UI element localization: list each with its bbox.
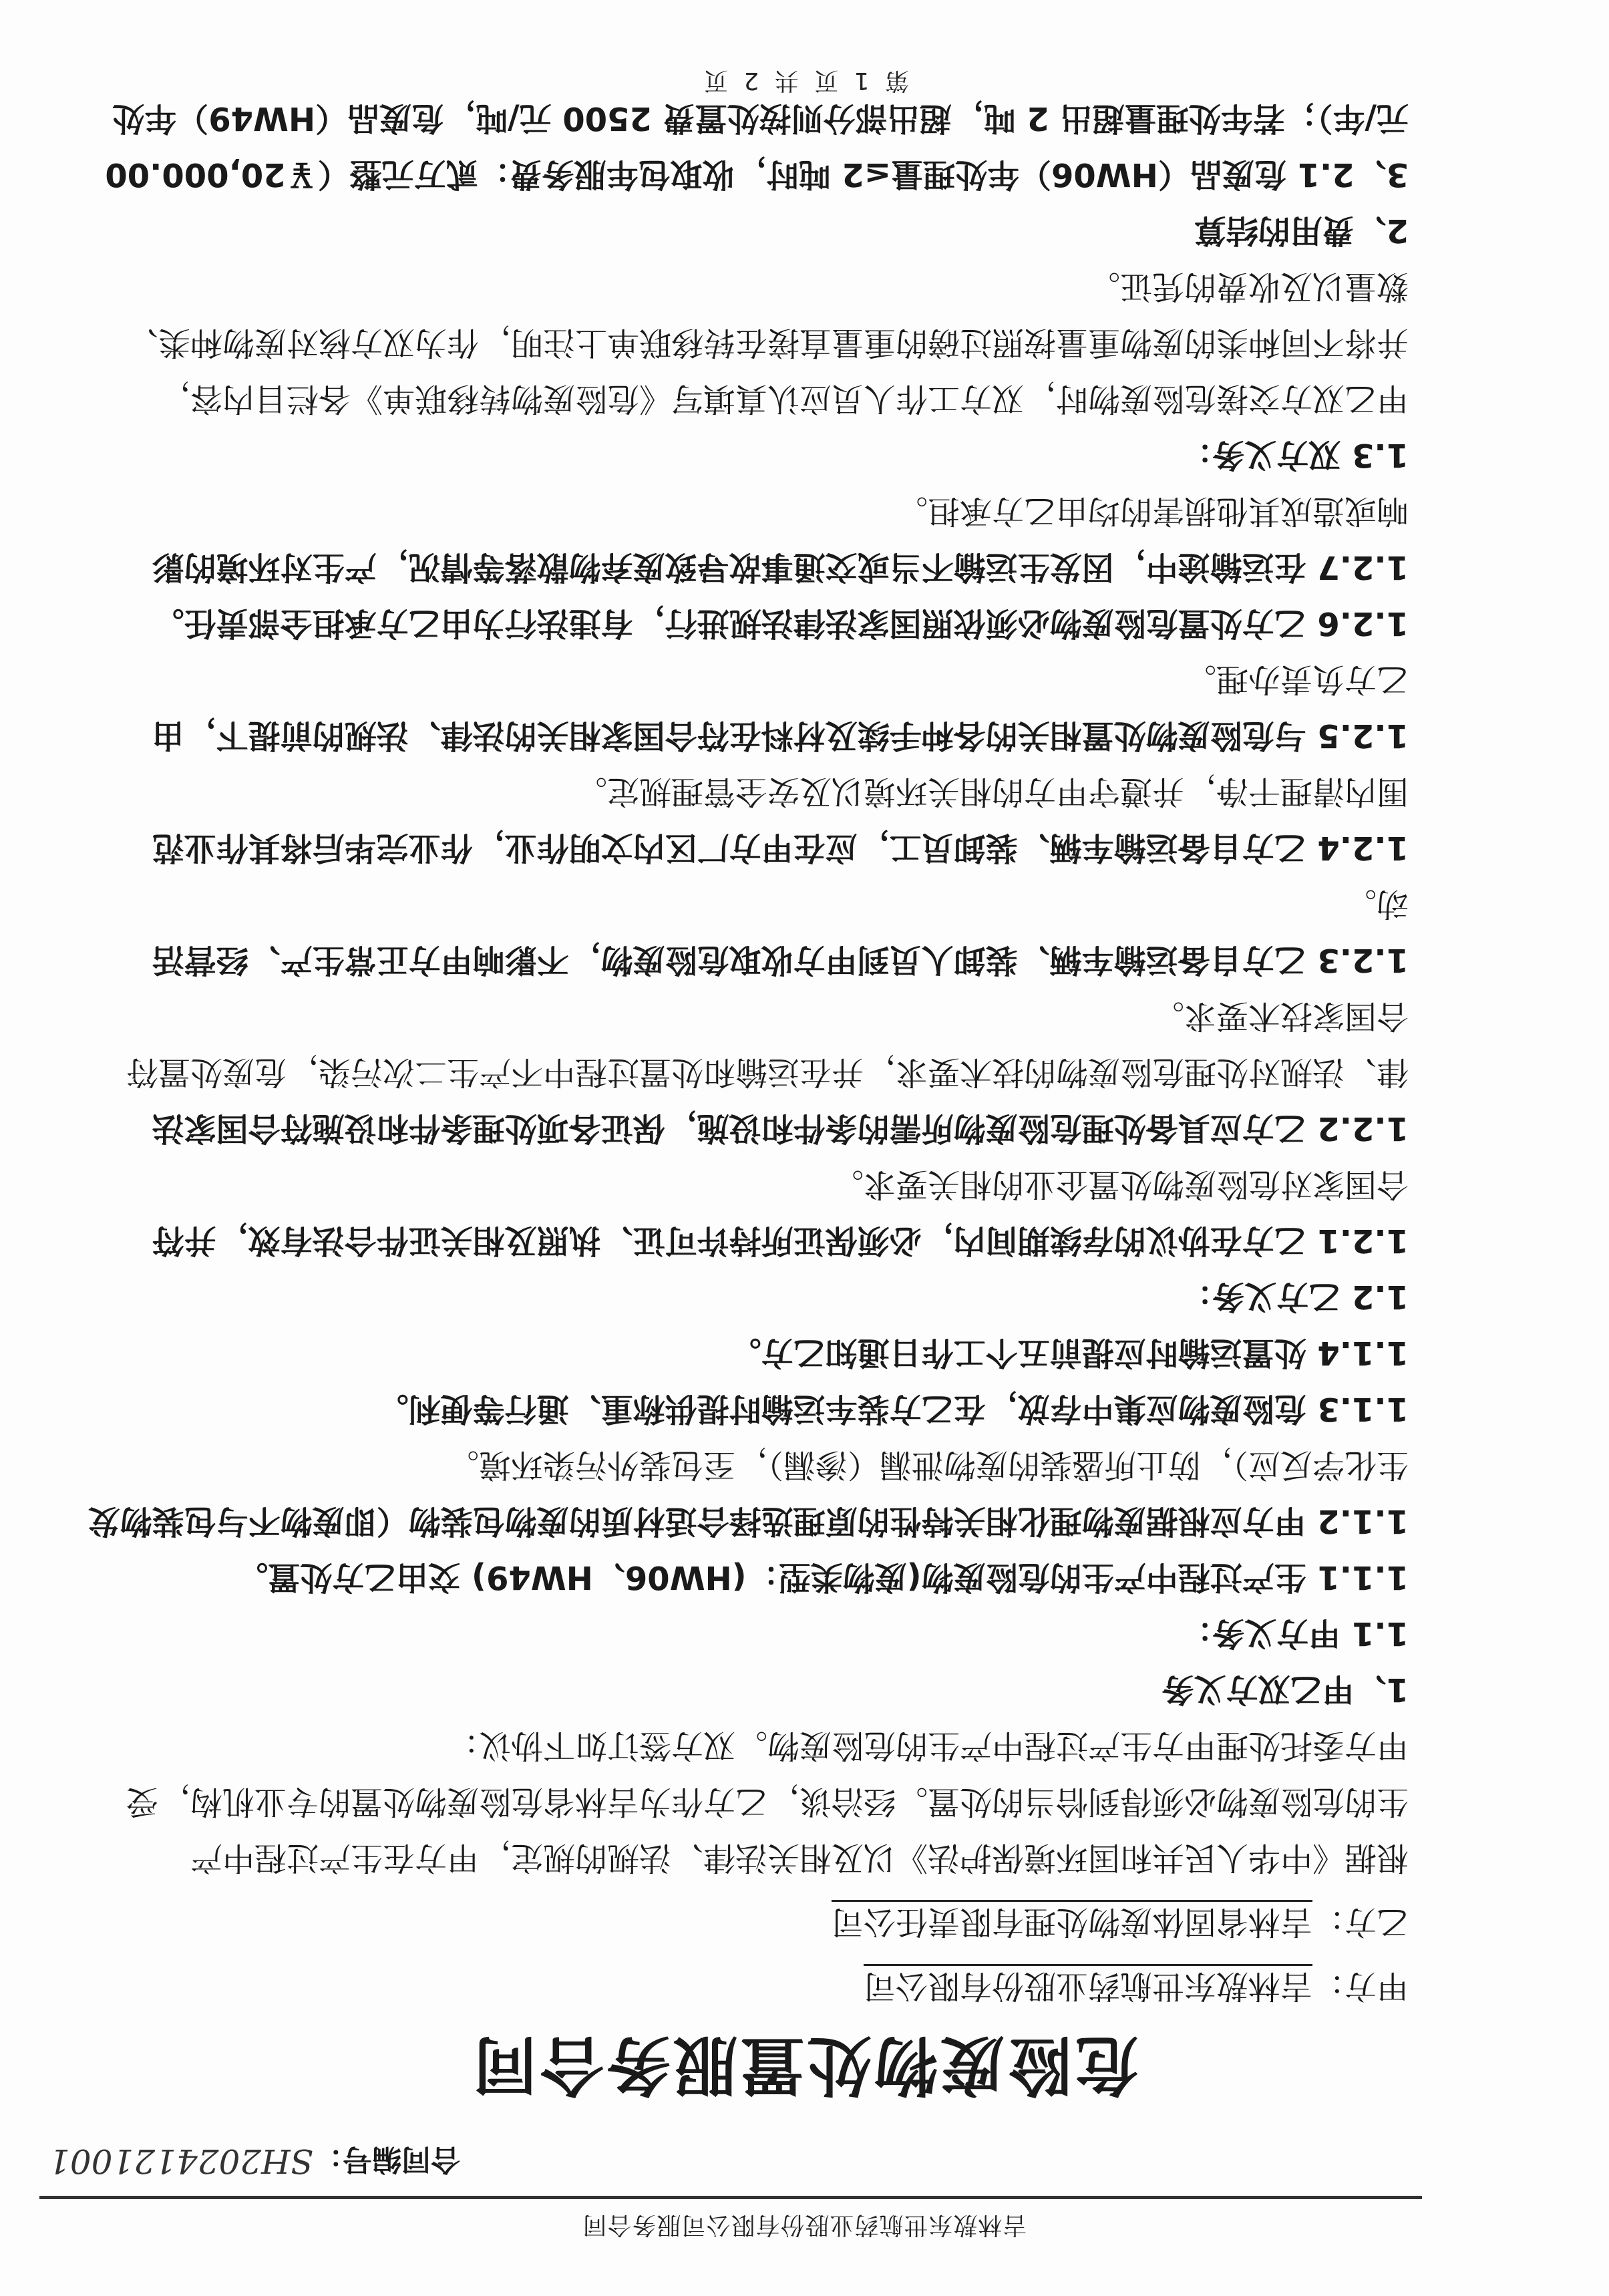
clause-line: 3、2.1 危废品（HW06）年处理量≤2 吨时，收取包年服务费：贰万元整（￥2… xyxy=(140,152,1409,197)
document-title: 危险废物处置服务合同 xyxy=(0,2024,1609,2116)
clause-line: 合国家技术要求。 xyxy=(140,993,1409,1039)
header-divider xyxy=(39,2196,1422,2199)
clause-line: 1.2.5 与危险废物处置相关的各种手续及材料在符合国家相关的法律、法规的前提下… xyxy=(140,713,1409,758)
clause-line: 根据《中华人民共和国环境保护法》以及相关法律、法规的规定，甲方在生产过程中产 xyxy=(140,1835,1409,1880)
clause-line: 1.2.6 乙方处置危险废物必须依照国家法律法规进行，有违法行为由乙方承担全部责… xyxy=(140,601,1409,646)
contract-number-handwritten: SH2024121001 xyxy=(49,2142,313,2180)
party-b: 乙方：吉林省固体废物处理有限责任公司 xyxy=(140,1899,1409,1945)
contract-body: 甲方：吉林敖东世航药业股份有限公司 乙方：吉林省固体废物处理有限责任公司 根据《… xyxy=(140,85,1409,2009)
party-b-name: 吉林省固体废物处理有限责任公司 xyxy=(832,1900,1312,1941)
clause-line: 2、费用的结算 xyxy=(140,208,1409,253)
clause-line: 乙方负责办理。 xyxy=(140,657,1409,702)
clause-line: 并将不同种类的废物重量按照过磅的重量直接在转移联单上注明，作为双方核对废物种类、 xyxy=(140,320,1409,365)
party-b-label: 乙方： xyxy=(1312,1903,1409,1941)
clause-line: 1.1.3 危险废物应集中存放，在乙方装车运输时提供称重、通行等便利。 xyxy=(140,1386,1409,1432)
clause-line: 合国家对危险废物处置企业的相关要求。 xyxy=(140,1162,1409,1207)
clause-line: 1.2.7 在运输途中，因发生运输不当或交通事故导致废弃物散落等情况，产生对环境… xyxy=(140,544,1409,590)
clause-line: 生的危险废物必须得到恰当的处置。经洽谈，乙方作为吉林省危险废物处置的专业机构，受 xyxy=(140,1779,1409,1824)
clause-line: 1.2.1 乙方在协议的存续期间内，必须保证所持许可证、执照及相关证件合法有效，… xyxy=(140,1218,1409,1263)
clause-line: 1.2.2 乙方应具备处理危险废物所需的条件和设施，保证各项处理条件和设施符合国… xyxy=(140,1106,1409,1151)
clause-list: 根据《中华人民共和国环境保护法》以及相关法律、法规的规定，甲方在生产过程中产生的… xyxy=(140,96,1409,1880)
clause-line: 1.2.4 乙方自备运输车辆、装卸员工，应在甲方厂区内文明作业，作业完毕后将其作… xyxy=(140,825,1409,870)
party-a-label: 甲方： xyxy=(1312,1967,1409,2005)
running-header: 吉林敖东世航药业股份有限公司服务合同 xyxy=(0,2210,1609,2244)
clause-line: 响或造成其他损害的均由乙方承担。 xyxy=(140,488,1409,534)
clause-line: 生化学反应），防止所盛装的废物泄漏（渗漏），至包装外污染环境。 xyxy=(140,1442,1409,1488)
clause-line: 1.1 甲方义务： xyxy=(140,1611,1409,1656)
contract-number: 合同编号：SH2024121001 xyxy=(49,2141,460,2184)
clause-line: 1.2.3 乙方自备运输车辆、装卸人员到甲方收取危险废物，不影响甲方正常生产、经… xyxy=(140,937,1409,983)
clause-line: 1、甲乙双方义务 xyxy=(140,1667,1409,1712)
clause-line: 律、法规对处理危险废物的技术要求，并在运输和处置过程中不产生二次污染，危废处置符 xyxy=(140,1049,1409,1095)
clause-line: 数量以及收费的凭证。 xyxy=(140,264,1409,309)
clause-line: 1.1.1 生产过程中产生的危险废物(废物类型：(HW06、HW49) 交由乙方… xyxy=(140,1554,1409,1600)
page-number: 第 1 页 共 2 页 xyxy=(0,65,1609,100)
clause-line: 围内清理干净，并遵守甲方的相关环境以及安全管理规定。 xyxy=(140,769,1409,814)
party-a: 甲方：吉林敖东世航药业股份有限公司 xyxy=(140,1963,1409,2009)
clause-line: 元/年）；若年处理量超出 2 吨，超出部分则按处置费 2500 元/吨，危废品（… xyxy=(140,96,1409,141)
clause-line: 1.2 乙方义务： xyxy=(140,1274,1409,1319)
clause-line: 1.3 双方义务： xyxy=(140,432,1409,478)
clause-line: 甲乙双方交接危险废物时，双方工作人员应认真填写《危险废物转移联单》各栏目内容， xyxy=(140,376,1409,422)
clause-line: 甲方委托处理甲方生产过程中产生的危险废物。双方签订如下协议： xyxy=(140,1723,1409,1768)
clause-line: 1.1.4 处置运输时应提前五个工作日通知乙方。 xyxy=(140,1330,1409,1375)
party-a-name: 吉林敖东世航药业股份有限公司 xyxy=(864,1964,1312,2005)
contract-number-label: 合同编号： xyxy=(313,2142,460,2176)
clause-line: 动。 xyxy=(140,881,1409,927)
contract-page: 吉林敖东世航药业股份有限公司服务合同 合同编号：SH2024121001 危险废… xyxy=(0,0,1609,2296)
clause-line: 1.1.2 甲方应根据废物理化相关特性的原理选择合适材质的废物包装物（即废物不与… xyxy=(140,1498,1409,1544)
